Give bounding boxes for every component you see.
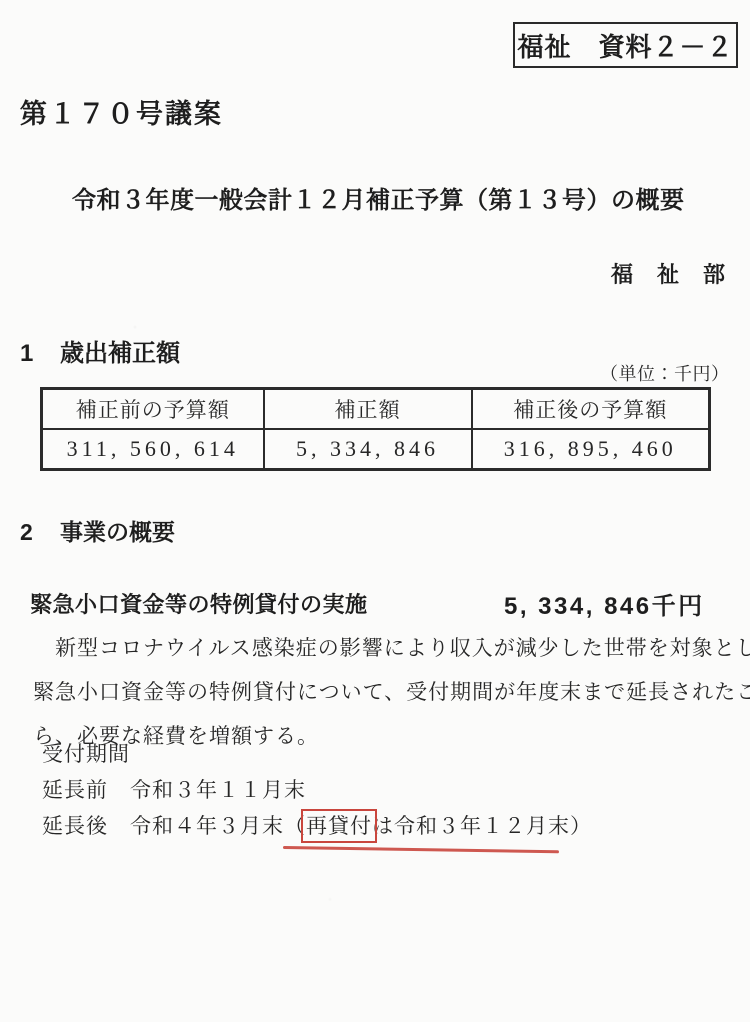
bill-number: 第１７０号議案 <box>20 92 223 131</box>
unit-note: （単位：千円） <box>600 360 730 386</box>
application-period-heading: 受付期間 <box>42 736 592 772</box>
doc-ref-label: 福祉 資料２－２ <box>517 27 733 64</box>
section-1-number: 1 <box>20 340 60 368</box>
application-period-block: 受付期間 延長前 令和３年１１月末 延長後 令和４年３月末（再貸付は令和３年１２… <box>42 736 592 844</box>
value-pre-amendment: 311, 560, 614 <box>42 429 264 470</box>
section-1-title: 歳出補正額 <box>60 333 180 368</box>
program-name: 緊急小口資金等の特例貸付の実施 <box>30 588 368 619</box>
header-amendment: 補正額 <box>264 389 472 430</box>
section-2-number: 2 <box>20 519 60 546</box>
period-after-extension: 延長後 令和４年３月末（再貸付は令和３年１２月末） <box>42 808 592 844</box>
period-after-suffix: は令和３年１２月末） <box>372 814 592 838</box>
red-annotation-underline <box>283 846 559 853</box>
doc-ref-box: 福祉 資料２－２ <box>513 22 738 68</box>
budget-table: 補正前の予算額 補正額 補正後の予算額 311, 560, 614 5, 334… <box>40 387 711 471</box>
budget-table-header-row: 補正前の予算額 補正額 補正後の予算額 <box>42 389 710 430</box>
section-1-heading: 1 歳出補正額 <box>20 333 180 368</box>
budget-table-value-row: 311, 560, 614 5, 334, 846 316, 895, 460 <box>42 429 710 470</box>
section-2-heading: 2 事業の概要 <box>20 514 175 547</box>
red-annotation-box: 再貸付 <box>306 814 372 838</box>
value-amendment: 5, 334, 846 <box>264 429 472 470</box>
period-before-extension: 延長前 令和３年１１月末 <box>42 772 592 808</box>
header-pre-amendment: 補正前の予算額 <box>42 389 264 430</box>
document-title: 令和３年度一般会計１２月補正予算（第１３号）の概要 <box>72 180 685 215</box>
value-post-amendment: 316, 895, 460 <box>472 429 710 470</box>
description-line: 新型コロナウイルス感染症の影響により収入が減少した世帯を対象とした <box>33 626 750 670</box>
section-2-title: 事業の概要 <box>60 514 175 547</box>
scanned-document-page: 福祉 資料２－２ 第１７０号議案 令和３年度一般会計１２月補正予算（第１３号）の… <box>0 0 750 1022</box>
department-name: 福 祉 部 <box>611 258 726 289</box>
program-amount: 5, 334, 846千円 <box>504 586 705 621</box>
header-post-amendment: 補正後の予算額 <box>472 389 710 430</box>
description-line: 緊急小口資金等の特例貸付について、受付期間が年度末まで延長されたことか <box>33 670 750 714</box>
period-after-prefix: 延長後 令和４年３月末（ <box>42 814 306 838</box>
